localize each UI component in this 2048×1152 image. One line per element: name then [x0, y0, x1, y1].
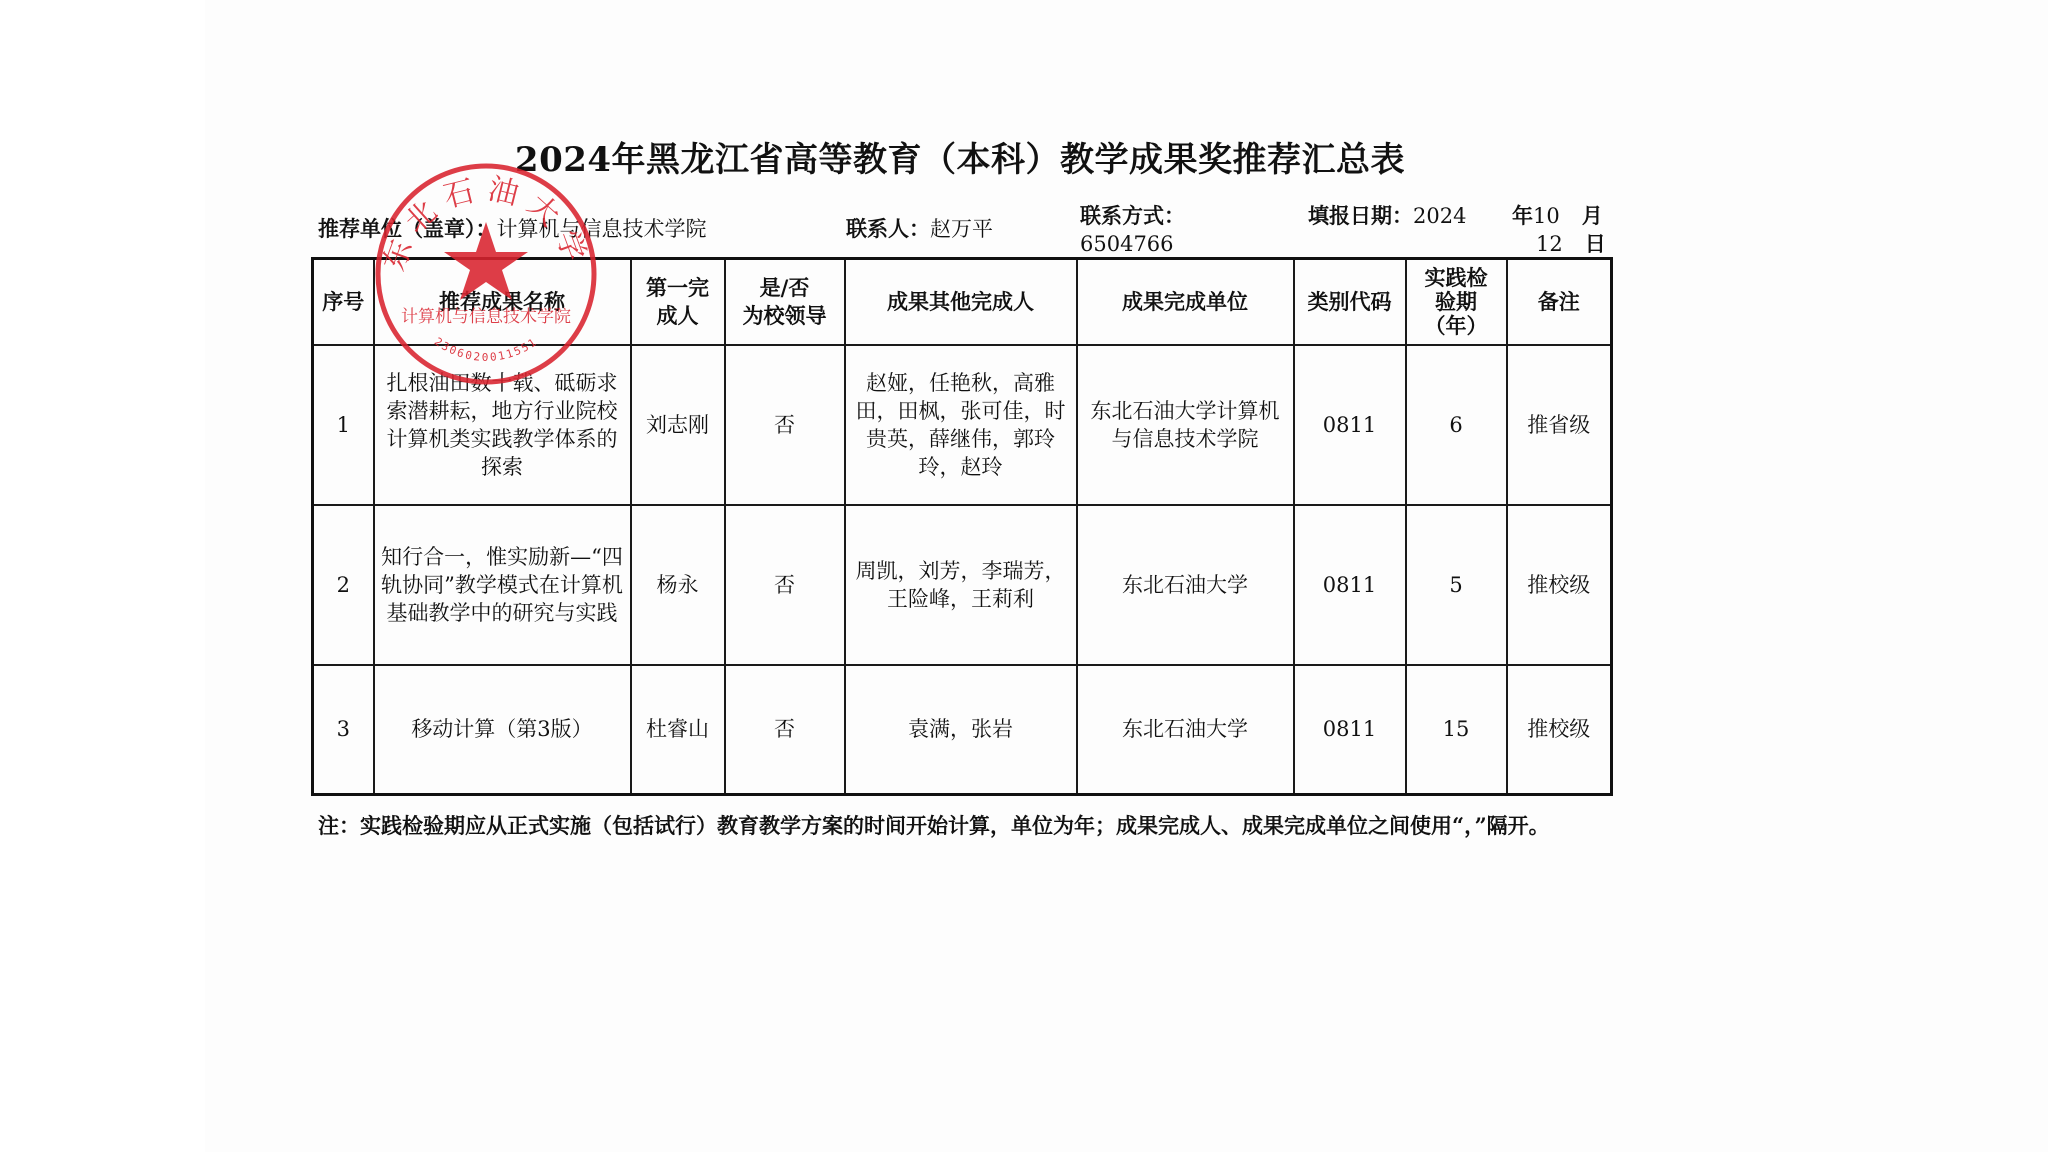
header-name: 推荐成果名称 [374, 259, 631, 345]
cell-other-authors: 赵娅，任艳秋，高雅田，田枫，张可佳，时贵英，薛继伟，郭玲玲，赵玲 [845, 345, 1077, 505]
unit-value: 计算机与信息技术学院 [497, 217, 707, 241]
phone-label: 联系方式： [1080, 202, 1185, 230]
cell-name: 移动计算（第3版） [374, 665, 631, 795]
cell-is-leader: 否 [725, 665, 845, 795]
document-title: 2024年黑龙江省高等教育（本科）教学成果奖推荐汇总表 [310, 132, 1610, 181]
contact-value: 赵万平 [930, 217, 993, 241]
footnote: 注：实践检验期应从正式实施（包括试行）教育教学方案的时间开始计算，单位为年；成果… [318, 812, 1618, 840]
date-year: 2024 [1413, 204, 1466, 228]
cell-seq: 1 [313, 345, 374, 505]
cell-period: 6 [1406, 345, 1507, 505]
recommendation-table: 序号 推荐成果名称 第一完成人 是/否为校领导 成果其他完成人 成果完成单位 类… [311, 257, 1613, 796]
recommending-unit: 推荐单位（盖章）：计算机与信息技术学院 [318, 215, 707, 243]
day-unit: 日 [1585, 231, 1606, 256]
cell-other-authors: 周凯，刘芳，李瑞芳，王险峰，王莉利 [845, 505, 1077, 665]
cell-name: 扎根油田数十载、砥砺求索潜耕耘，地方行业院校计算机类实践教学体系的探索 [374, 345, 631, 505]
header-first-author: 第一完成人 [631, 259, 725, 345]
header-other-authors: 成果其他完成人 [845, 259, 1077, 345]
cell-remark: 推校级 [1507, 505, 1612, 665]
year-unit: 年 [1512, 203, 1533, 228]
table-row: 2 知行合一，惟实励新—“四轨协同”教学模式在计算机基础教学中的研究与实践 杨永… [313, 505, 1612, 665]
phone-value: 6504766 [1080, 230, 1185, 258]
month-unit: 月 [1582, 203, 1603, 228]
header-period: 实践检验期（年） [1406, 259, 1507, 345]
day-value: 12 [1536, 232, 1563, 256]
table-header-row: 序号 推荐成果名称 第一完成人 是/否为校领导 成果其他完成人 成果完成单位 类… [313, 259, 1612, 345]
date-label: 填报日期： [1308, 203, 1413, 228]
header-unit: 成果完成单位 [1077, 259, 1294, 345]
table-row: 1 扎根油田数十载、砥砺求索潜耕耘，地方行业院校计算机类实践教学体系的探索 刘志… [313, 345, 1612, 505]
cell-period: 15 [1406, 665, 1507, 795]
table-row: 3 移动计算（第3版） 杜睿山 否 袁满，张岩 东北石油大学 0811 15 推… [313, 665, 1612, 795]
date-month: 年10月 [1512, 202, 1603, 230]
cell-period: 5 [1406, 505, 1507, 665]
cell-code: 0811 [1294, 665, 1406, 795]
cell-first-author: 杜睿山 [631, 665, 725, 795]
unit-label: 推荐单位（盖章）： [318, 216, 497, 241]
contact-person: 联系人：赵万平 [846, 215, 993, 243]
fill-date: 填报日期：2024 [1308, 202, 1466, 230]
cell-is-leader: 否 [725, 345, 845, 505]
header-is-leader: 是/否为校领导 [725, 259, 845, 345]
cell-unit: 东北石油大学 [1077, 505, 1294, 665]
contact-label: 联系人： [846, 216, 930, 241]
cell-first-author: 杨永 [631, 505, 725, 665]
cell-seq: 3 [313, 665, 374, 795]
cell-code: 0811 [1294, 345, 1406, 505]
cell-remark: 推校级 [1507, 665, 1612, 795]
date-day: 12日 [1536, 230, 1606, 258]
cell-unit: 东北石油大学 [1077, 665, 1294, 795]
cell-other-authors: 袁满，张岩 [845, 665, 1077, 795]
cell-seq: 2 [313, 505, 374, 665]
header-remark: 备注 [1507, 259, 1612, 345]
header-code: 类别代码 [1294, 259, 1406, 345]
cell-first-author: 刘志刚 [631, 345, 725, 505]
cell-is-leader: 否 [725, 505, 845, 665]
cell-unit: 东北石油大学计算机与信息技术学院 [1077, 345, 1294, 505]
cell-remark: 推省级 [1507, 345, 1612, 505]
month-value: 10 [1533, 204, 1560, 228]
cell-name: 知行合一，惟实励新—“四轨协同”教学模式在计算机基础教学中的研究与实践 [374, 505, 631, 665]
cell-code: 0811 [1294, 505, 1406, 665]
contact-phone: 联系方式： 6504766 [1080, 202, 1185, 258]
header-seq: 序号 [313, 259, 374, 345]
